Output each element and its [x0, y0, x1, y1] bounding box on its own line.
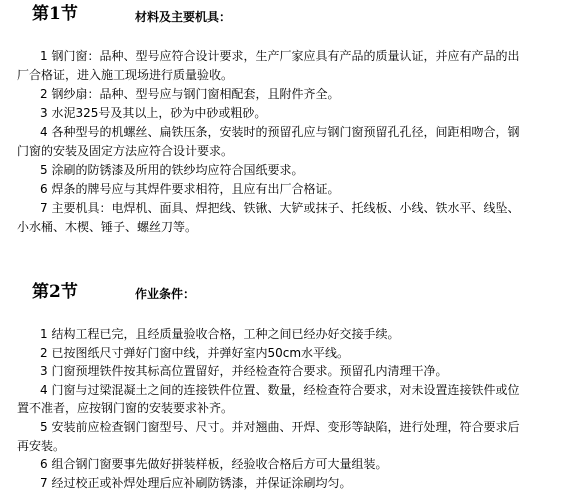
item-line-continuation: 再安装。: [17, 437, 557, 456]
item-line: 5 涂刷的防锈漆及所用的铁纱均应符合国纸要求。: [17, 161, 557, 180]
item-line: 6 焊条的牌号应与其焊件要求相符，且应有出厂合格证。: [17, 180, 557, 199]
list-item: 2 已按图纸尺寸弹好门窗中线，并弹好室内50cm水平线。: [17, 344, 557, 363]
item-line: 7 经过校正或补焊处理后应补刷防锈漆，并保证涂刷均匀。: [17, 474, 557, 493]
item-line-continuation: 厂合格证，进入施工现场进行质量验收。: [17, 66, 557, 85]
item-line: 1 结构工程已完，且经质量验收合格，工种之间已经办好交接手续。: [17, 325, 557, 344]
list-item: 6 焊条的牌号应与其焊件要求相符，且应有出厂合格证。: [17, 180, 557, 199]
item-line: 3 门窗预埋铁件按其标高位置留好，并经检查符合要求。预留孔内清理干净。: [17, 362, 557, 381]
item-line: 7 主要机具：电焊机、面具、焊把线、铁锹、大铲或抹子、托线板、小线、铁水平、线坠…: [17, 199, 557, 218]
list-item: 1 钢门窗：品种、型号应符合设计要求，生产厂家应具有产品的质量认证，并应有产品的…: [17, 47, 557, 85]
item-line: 5 安装前应检查钢门窗型号、尺寸。并对翘曲、开焊、变形等缺陷，进行处理，符合要求…: [17, 418, 557, 437]
list-item: 7 经过校正或补焊处理后应补刷防锈漆，并保证涂刷均匀。: [17, 474, 557, 493]
section-1-item-list: 1 钢门窗：品种、型号应符合设计要求，生产厂家应具有产品的质量认证，并应有产品的…: [17, 47, 557, 237]
section-1-subtitle: 材料及主要机具：: [135, 9, 231, 25]
item-line: 2 钢纱扇：品种、型号应与钢门窗相配套，且附件齐全。: [17, 85, 557, 104]
item-line-continuation: 小水桶、木楔、锤子、螺丝刀等。: [17, 218, 557, 237]
list-item: 5 涂刷的防锈漆及所用的铁纱均应符合国纸要求。: [17, 161, 557, 180]
list-item: 4 门窗与过梁混凝土之间的连接铁件位置、数量，经检查符合要求，对未设置连接铁件或…: [17, 381, 557, 418]
section-2-subtitle: 作业条件：: [135, 286, 195, 302]
item-line: 4 门窗与过梁混凝土之间的连接铁件位置、数量，经检查符合要求，对未设置连接铁件或…: [17, 381, 557, 400]
list-item: 4 各种型号的机螺丝、扁铁压条，安装时的预留孔应与钢门窗预留孔孔径，间距相吻合，…: [17, 123, 557, 161]
item-line: 2 已按图纸尺寸弹好门窗中线，并弹好室内50cm水平线。: [17, 344, 557, 363]
item-line-continuation: 置不准者，应按钢门窗的安装要求补齐。: [17, 399, 557, 418]
section-2-heading: 第2节: [32, 282, 78, 302]
item-line: 4 各种型号的机螺丝、扁铁压条，安装时的预留孔应与钢门窗预留孔孔径，间距相吻合，…: [17, 123, 557, 142]
item-line: 6 组合钢门窗要事先做好拼装样板，经验收合格后方可大量组装。: [17, 455, 557, 474]
section-2-item-list: 1 结构工程已完，且经质量验收合格，工种之间已经办好交接手续。 2 已按图纸尺寸…: [17, 325, 557, 492]
list-item: 1 结构工程已完，且经质量验收合格，工种之间已经办好交接手续。: [17, 325, 557, 344]
list-item: 3 门窗预埋铁件按其标高位置留好，并经检查符合要求。预留孔内清理干净。: [17, 362, 557, 381]
list-item: 7 主要机具：电焊机、面具、焊把线、铁锹、大铲或抹子、托线板、小线、铁水平、线坠…: [17, 199, 557, 237]
item-line: 1 钢门窗：品种、型号应符合设计要求，生产厂家应具有产品的质量认证，并应有产品的…: [17, 47, 557, 66]
list-item: 3 水泥325号及其以上，砂为中砂或粗砂。: [17, 104, 557, 123]
item-line: 3 水泥325号及其以上，砂为中砂或粗砂。: [17, 104, 557, 123]
list-item: 6 组合钢门窗要事先做好拼装样板，经验收合格后方可大量组装。: [17, 455, 557, 474]
list-item: 5 安装前应检查钢门窗型号、尺寸。并对翘曲、开焊、变形等缺陷，进行处理，符合要求…: [17, 418, 557, 455]
section-1-heading: 第1节: [32, 4, 78, 24]
list-item: 2 钢纱扇：品种、型号应与钢门窗相配套，且附件齐全。: [17, 85, 557, 104]
item-line-continuation: 门窗的安装及固定方法应符合设计要求。: [17, 142, 557, 161]
